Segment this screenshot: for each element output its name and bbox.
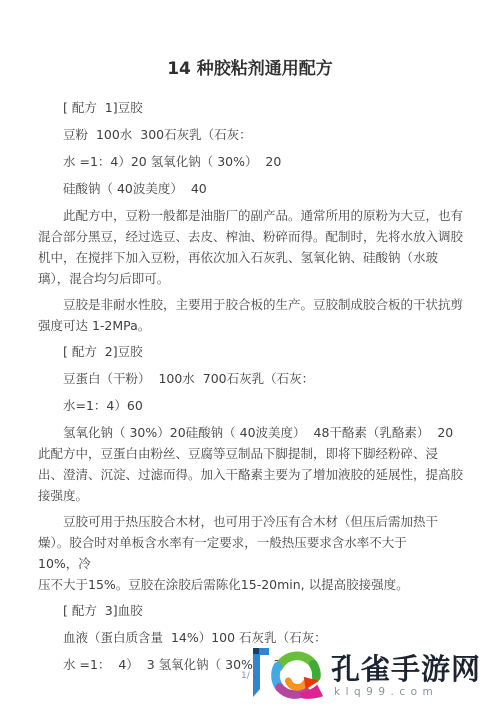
page-title: 14 种胶粘剂通用配方 [0,57,500,81]
formula-1-usage: 豆胶是非耐水性胶，主要用于胶合板的生产。豆胶制成胶合板的干状抗剪 强度可达 1-… [38,294,466,336]
formula-1-heading: [ 配方 1]豆胶 [63,97,470,118]
site-domain: klq99.com [331,686,481,698]
logo-text-block: 孔雀手游网 klq99.com [331,653,481,698]
peacock-swirl-icon [267,646,325,704]
formula-2-ingredients-line: 豆蛋白（干粉） 100水 700石灰乳（石灰： [63,368,470,389]
formula-2-usage: 豆胶可用于热压胶合木材，也可用于冷压有合木材（但压后需加热干 燥）。胶合时对单板… [38,511,466,595]
formula-2-heading: [ 配方 2]豆胶 [63,341,470,362]
formula-1-ingredients-line: 豆粉 100水 300石灰乳（石灰： [63,124,470,145]
formula-1-ingredients-line: 硅酸钠（ 40波美度） 40 [63,178,470,199]
document-page: 14 种胶粘剂通用配方 [ 配方 1]豆胶豆粉 100水 300石灰乳（石灰：水… [0,0,500,708]
formula-3-heading: [ 配方 3]血胶 [63,600,470,621]
formula-1-notes: 此配方中，豆粉一般都是油脂厂的副产品。通常所用的原粉为大豆，也有 混合部分黑豆，… [38,205,466,289]
doc-blocks: [ 配方 1]豆胶豆粉 100水 300石灰乳（石灰：水 =1：4）20 氢氧化… [0,97,500,675]
formula-2-ingredients-line: 水=1：4）60 [63,395,470,416]
site-name: 孔雀手游网 [331,653,481,685]
formula-2-notes: 氢氧化钠（ 30%）20硅酸钠（ 40波美度） 48干酪素（乳酪素） 20 此配… [38,422,466,506]
site-watermark-logo[interactable]: 孔雀手游网 klq99.com [252,644,498,706]
formula-1-ingredients-line: 水 =1：4）20 氢氧化钠（ 30%） 20 [63,151,470,172]
page-number-indicator: 1/ [241,671,250,681]
